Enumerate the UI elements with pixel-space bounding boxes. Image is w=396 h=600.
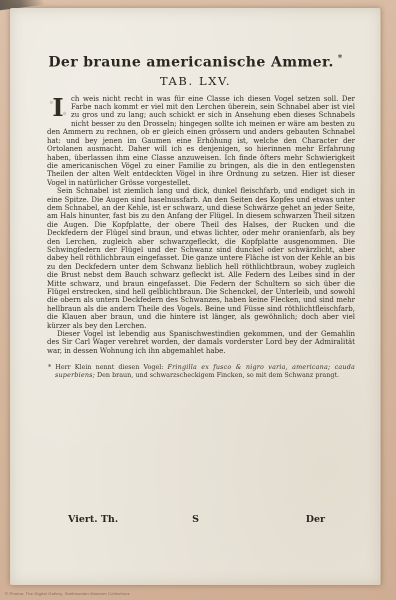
paragraph-2: Sein Schnabel ist ziemlich lang und dick…	[47, 187, 355, 330]
page-title-text: Der braune americanische Ammer.	[48, 55, 333, 71]
gathering-signature: S	[10, 514, 381, 525]
paragraph-1: Ich weis nicht recht in was für eine Cla…	[47, 95, 355, 187]
footnote-german-suffix: Den braun, und schwarzscheckigem Fincken…	[95, 371, 339, 379]
catchword: Der	[306, 514, 325, 525]
digital-archive-credit: © Photos: The Digital Gallery, Smithsoni…	[5, 591, 130, 596]
footnote: * Herr Klein nennt diesen Vogel: Fringil…	[55, 364, 355, 379]
book-page: Der braune americanische Ammer.* TAB. LX…	[10, 8, 381, 585]
page-footer: Viert. Th. S Der	[10, 514, 381, 526]
paragraph-3: Dieser Vogel ist lebendig aus Spanischwe…	[47, 330, 355, 355]
page-title: Der braune americanische Ammer.*	[10, 54, 381, 71]
footnote-reference-asterisk: *	[338, 54, 343, 64]
paragraph-1-text: ch weis nicht recht in was für eine Clas…	[47, 95, 355, 187]
plate-number: TAB. LXV.	[10, 74, 381, 88]
drop-cap-initial: I	[47, 96, 69, 121]
paper-edge-highlight	[380, 8, 382, 585]
body-text: Ich weis nicht recht in was für eine Cla…	[47, 95, 355, 356]
